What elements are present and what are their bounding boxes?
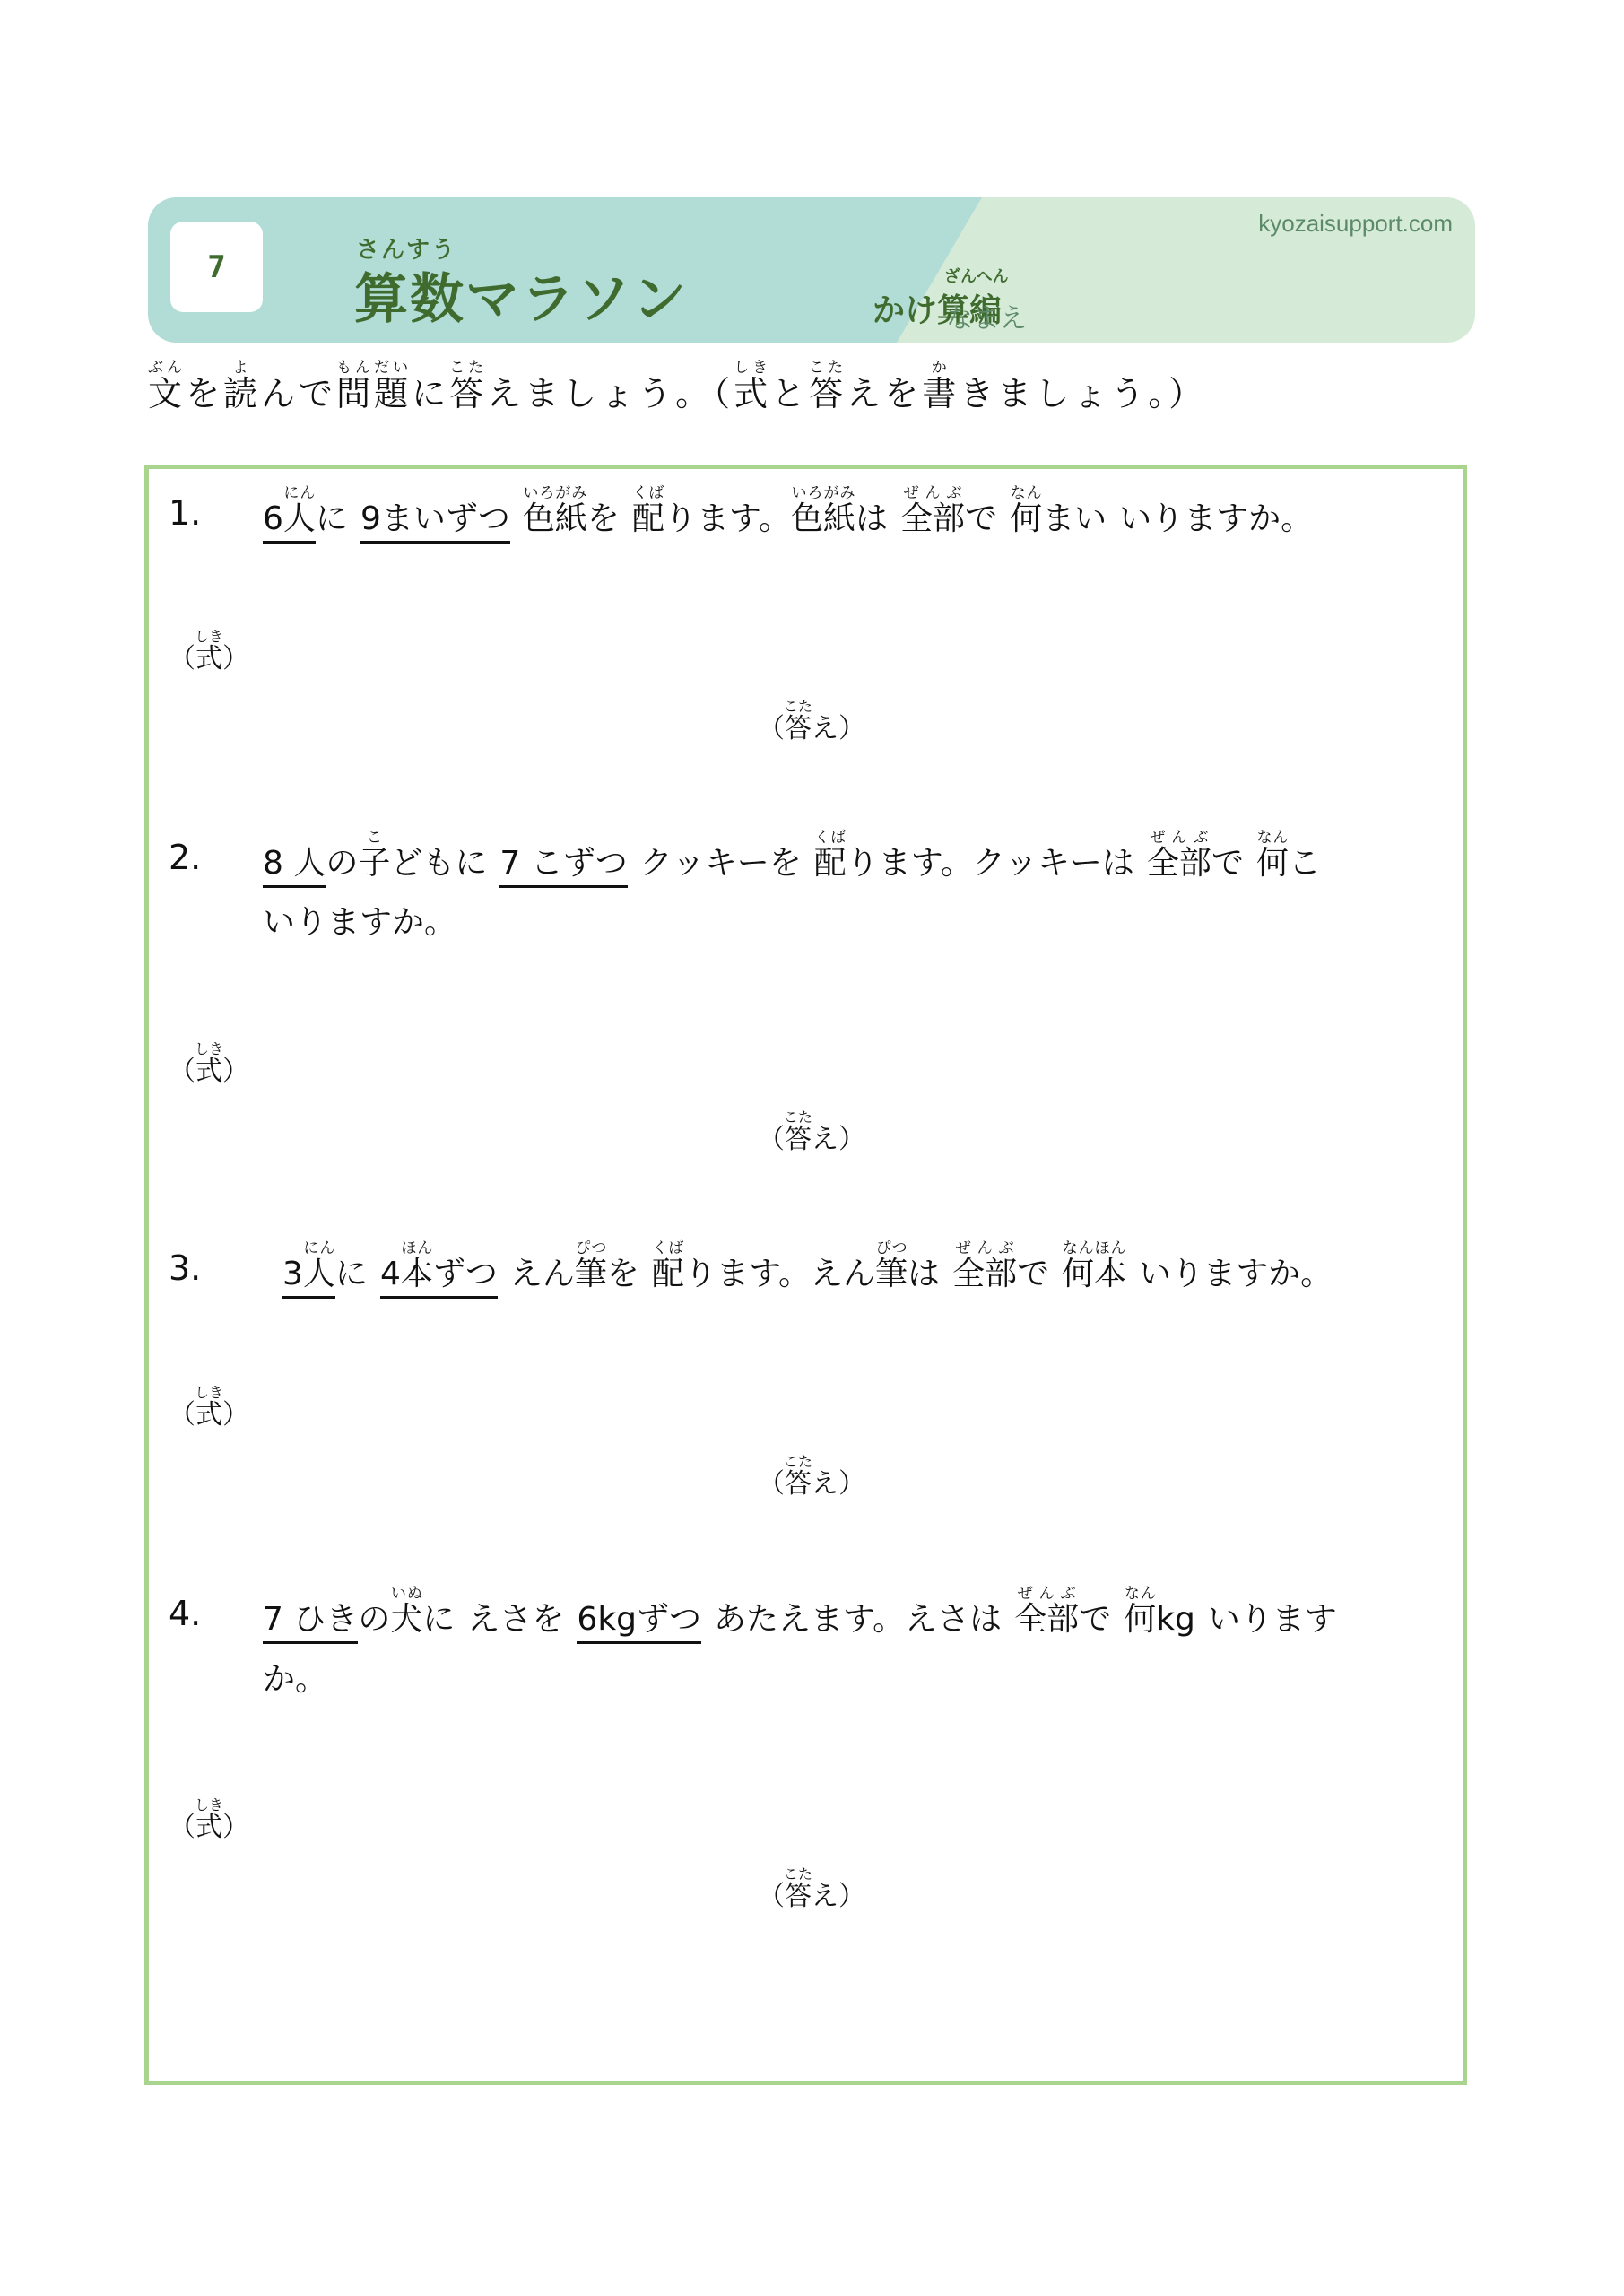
text-segment: に xyxy=(316,500,348,537)
kanji-with-furigana: 犬いぬ xyxy=(390,1601,422,1638)
text-segment: kg xyxy=(1156,1601,1195,1638)
instruction-text: 文ぶんを読よんで問題もんだいに答こたえましょう。（式しきと答こたえを書かきましょ… xyxy=(148,359,1206,415)
furigana: くば xyxy=(632,484,664,502)
text-segment: きましょう。） xyxy=(960,374,1206,413)
kanji-with-furigana: 子こ xyxy=(358,845,390,882)
worksheet-number-badge: 7 xyxy=(170,222,263,312)
furigana: か xyxy=(922,359,960,377)
text-segment: クッキーを xyxy=(640,845,802,882)
underlined-quantity: 人にん xyxy=(303,1256,335,1299)
text-segment: の xyxy=(326,845,358,882)
worksheet-number: 7 xyxy=(207,249,225,285)
text-segment: に xyxy=(422,1601,455,1638)
text-segment: の xyxy=(358,1601,390,1638)
name-field-label: なまえ xyxy=(946,296,1027,335)
text-segment: を xyxy=(587,500,620,537)
kanji-with-furigana: 色紙いろがみ xyxy=(791,500,855,537)
kanji-with-furigana: 読よ xyxy=(223,374,261,413)
text-segment: に xyxy=(412,374,449,413)
kanji-with-furigana: 式しき xyxy=(734,374,771,413)
question-text-line: 3人にんに4本ほんずつえん筆ぴつを配くばります。えん筆ぴつは全部ぜんぶで何本なん… xyxy=(282,1239,1333,1294)
formula-label: （式しき） xyxy=(169,1796,249,1844)
text-segment: ります。えん xyxy=(684,1256,875,1292)
text-segment: まい xyxy=(1042,500,1107,537)
formula-label: （式しき） xyxy=(169,1384,249,1431)
text-segment: と xyxy=(771,374,809,413)
kanji-with-furigana: 色紙いろがみ xyxy=(523,500,587,537)
text-segment: で xyxy=(965,500,997,537)
answer-label: （答こたえ） xyxy=(758,1453,865,1500)
furigana: ぜんぶ xyxy=(952,1239,1017,1257)
furigana: こた xyxy=(449,359,487,377)
text-segment: は xyxy=(908,1256,940,1292)
kanji-with-furigana: 書か xyxy=(922,374,960,413)
question-number: 3. xyxy=(169,1248,201,1288)
kanji-with-furigana: 何なん xyxy=(1010,500,1042,537)
kanji-with-furigana: 何なん xyxy=(1256,845,1289,882)
question-number: 2. xyxy=(169,838,201,877)
furigana: ぜんぶ xyxy=(1147,829,1211,847)
text-segment: いりますか。 xyxy=(263,904,456,941)
text-segment: で xyxy=(1017,1256,1049,1292)
kanji-with-furigana: 文ぶん xyxy=(148,374,186,413)
kanji-with-furigana: 全部ぜんぶ xyxy=(900,500,965,537)
text-segment: で xyxy=(1079,1601,1111,1638)
furigana: なん xyxy=(1124,1585,1156,1603)
kanji-with-furigana: 筆ぴつ xyxy=(575,1256,607,1292)
furigana: ぜんぶ xyxy=(1014,1585,1079,1603)
text-segment: か。 xyxy=(263,1661,327,1698)
text-segment: ります。 xyxy=(664,500,791,537)
question-number: 1. xyxy=(169,493,201,533)
text-segment: いります xyxy=(1208,1601,1337,1638)
kanji-with-furigana: 配くば xyxy=(814,845,847,882)
underlined-quantity: 本ほん xyxy=(401,1256,433,1299)
furigana: くば xyxy=(652,1239,684,1257)
kanji-with-furigana: 問題もんだい xyxy=(336,374,412,413)
kanji-with-furigana: 何本なんほん xyxy=(1062,1256,1126,1292)
text-segment: あたえます。えさは xyxy=(714,1601,1002,1638)
underlined-quantity: 6 xyxy=(263,500,283,544)
furigana: よ xyxy=(223,359,261,377)
underlined-quantity: 9まいずつ xyxy=(360,500,510,544)
question-text-line: いりますか。 xyxy=(263,897,456,943)
answer-label: （答こたえ） xyxy=(758,1109,865,1156)
text-segment: は xyxy=(855,500,888,537)
underlined-quantity: 8 人 xyxy=(263,845,326,888)
text-segment: に xyxy=(335,1256,368,1292)
furigana: なん xyxy=(1010,484,1042,502)
site-url: kyozaisupport.com xyxy=(1258,210,1453,238)
furigana: にん xyxy=(283,484,316,502)
text-segment: えを xyxy=(847,374,922,413)
text-segment: いりますか。 xyxy=(1119,500,1313,537)
question-text-line: 6人にんに9まいずつ色紙いろがみを配くばります。色紙いろがみは全部ぜんぶで何なん… xyxy=(263,484,1313,539)
question-text-line: 7 ひきの犬いぬにえさを6kgずつあたえます。えさは全部ぜんぶで何なんkgいりま… xyxy=(263,1585,1337,1639)
furigana: いろがみ xyxy=(523,484,587,502)
furigana: なんほん xyxy=(1062,1239,1126,1257)
title-main: 算数マラソン xyxy=(354,257,688,334)
furigana: ぴつ xyxy=(875,1239,908,1257)
kanji-with-furigana: 全部ぜんぶ xyxy=(1014,1601,1079,1638)
answer-label: （答こたえ） xyxy=(758,1865,865,1913)
furigana: もんだい xyxy=(336,359,412,377)
kanji-with-furigana: 答こた xyxy=(809,374,847,413)
furigana: しき xyxy=(734,359,771,377)
underlined-quantity: 7 ひき xyxy=(263,1601,358,1644)
formula-label: （式しき） xyxy=(169,628,249,675)
furigana: にん xyxy=(303,1239,335,1257)
kanji-with-furigana: 配くば xyxy=(652,1256,684,1292)
text-segment: えさを xyxy=(467,1601,564,1638)
furigana: こ xyxy=(358,829,390,847)
formula-label: （式しき） xyxy=(169,1040,249,1088)
furigana: ぜんぶ xyxy=(900,484,965,502)
furigana: ほん xyxy=(401,1239,433,1257)
kanji-with-furigana: 配くば xyxy=(632,500,664,537)
furigana: くば xyxy=(814,829,847,847)
furigana: なん xyxy=(1256,829,1289,847)
kanji-with-furigana: 何なん xyxy=(1124,1601,1156,1638)
worksheet-header: 7 さんすう 算数マラソン ざんへん かけ算編 kyozaisupport.co… xyxy=(148,197,1475,343)
text-segment: いりますか。 xyxy=(1139,1256,1333,1292)
furigana: こた xyxy=(809,359,847,377)
text-segment: ります。クッキーは xyxy=(847,845,1134,882)
underlined-quantity: 人にん xyxy=(283,500,316,544)
question-number: 4. xyxy=(169,1594,201,1633)
underlined-quantity: ずつ xyxy=(433,1256,498,1299)
text-segment: んで xyxy=(261,374,336,413)
kanji-with-furigana: 全部ぜんぶ xyxy=(952,1256,1017,1292)
furigana: ぶん xyxy=(148,359,186,377)
furigana: いぬ xyxy=(390,1585,422,1603)
question-text-line: か。 xyxy=(263,1654,327,1700)
underlined-quantity: 6kgずつ xyxy=(577,1601,701,1644)
text-segment: どもに xyxy=(390,845,487,882)
text-segment: で xyxy=(1211,845,1244,882)
kanji-with-furigana: 筆ぴつ xyxy=(875,1256,908,1292)
underlined-quantity: 3 xyxy=(282,1256,303,1299)
kanji-with-furigana: 全部ぜんぶ xyxy=(1147,845,1211,882)
text-segment: を xyxy=(607,1256,639,1292)
furigana: いろがみ xyxy=(791,484,855,502)
kanji-with-furigana: 答こた xyxy=(449,374,487,413)
underlined-quantity: 7 こずつ xyxy=(499,845,627,888)
text-segment: こ xyxy=(1289,845,1321,882)
question-text-line: 8 人の子こどもに7 こずつクッキーを配くばります。クッキーは全部ぜんぶで何なん… xyxy=(263,829,1321,883)
text-segment: えましょう。（ xyxy=(487,374,734,413)
text-segment: を xyxy=(186,374,223,413)
text-segment: えん xyxy=(510,1256,575,1292)
underlined-quantity: 4 xyxy=(380,1256,401,1299)
subtitle-ruby: ざんへん xyxy=(944,264,1009,287)
answer-label: （答こたえ） xyxy=(758,698,865,745)
furigana: ぴつ xyxy=(575,1239,607,1257)
